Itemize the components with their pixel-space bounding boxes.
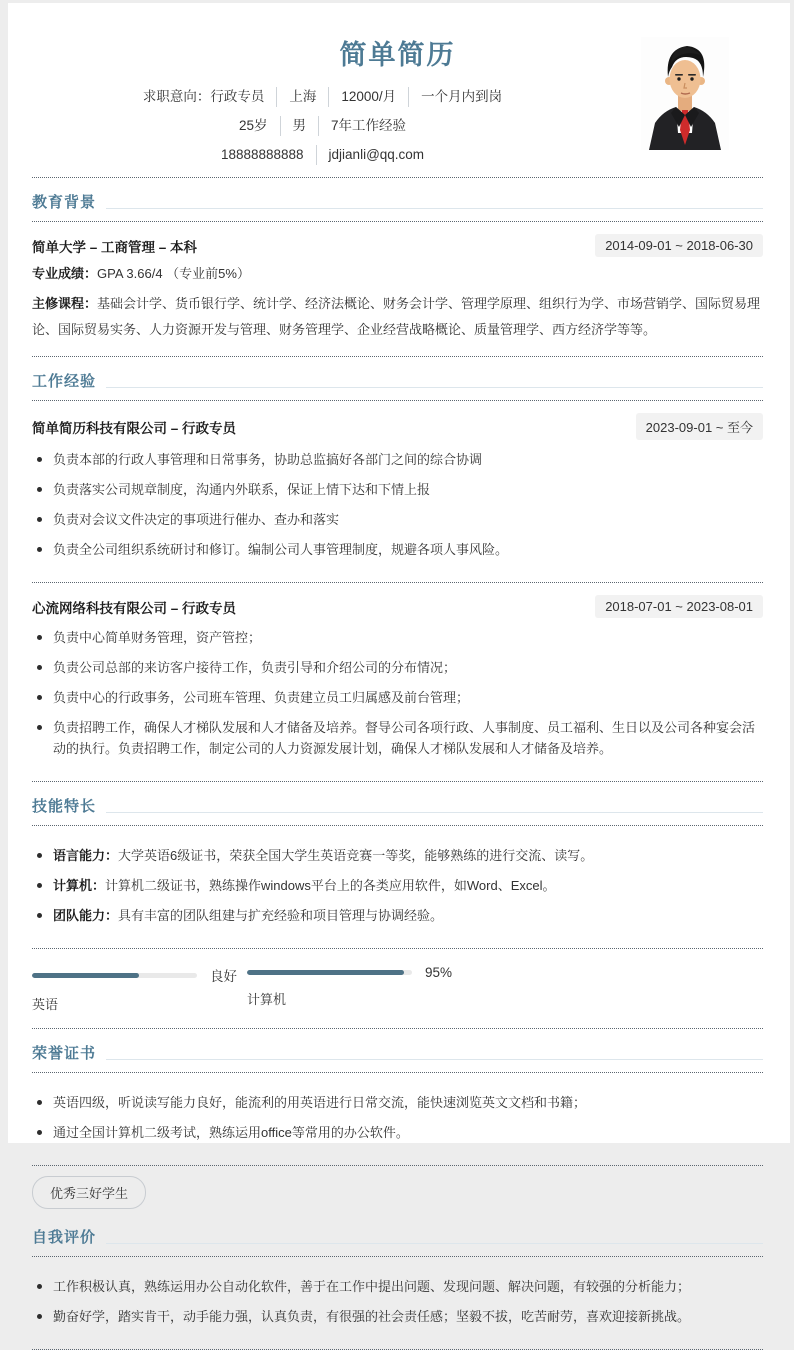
education-entry: 简单大学 – 工商管理 – 本科 2014-09-01 ~ 2018-06-30… [32, 222, 763, 357]
honors-bullets-block: 英语四级，听说读写能力良好，能流利的用英语进行日常交流，能快速浏览英文文档和书籍… [32, 1073, 763, 1123]
bullet-dot-icon [37, 457, 42, 462]
skill-bullet: 计算机：计算机二级证书，熟练操作windows平台上的各类应用软件，如Word、… [32, 875, 763, 896]
avatar-illustration [641, 37, 729, 150]
courses-line: 主修课程：基础会计学、货币银行学、统计学、经济法概论、财务会计学、管理学原理、组… [32, 291, 763, 343]
work-title: 工作经验 [32, 373, 96, 391]
bullet-text: 英语四级，听说读写能力良好，能流利的用英语进行日常交流，能快速浏览英文文档和书籍… [53, 1092, 586, 1113]
skill-label: 团队能力： [53, 908, 118, 923]
personal-line: 25岁 男 7年工作经验 [32, 116, 613, 136]
bullet-dot-icon [37, 635, 42, 640]
skill-bar-english: 良好 英语 [32, 965, 247, 1013]
work-entry-head: 心流网络科技有限公司 – 行政专员 2018-07-01 ~ 2023-08-0… [32, 595, 763, 618]
bullet-text: 负责招聘工作，确保人才梯队发展和人才储备及培养。督导公司各项行政、人事制度、员工… [53, 717, 763, 759]
age: 25岁 [227, 116, 280, 136]
bullet-dot-icon [37, 725, 42, 730]
work-entry-1: 简单简历科技有限公司 – 行政专员 2023-09-01 ~ 至今 负责本部的行… [32, 401, 763, 583]
work-bullet: 负责本部的行政人事管理和日常事务，协助总监搞好各部门之间的综合协调 [32, 449, 763, 470]
availability: 一个月内到岗 [408, 87, 514, 107]
bullet-text: 计算机：计算机二级证书，熟练操作windows平台上的各类应用软件，如Word、… [53, 875, 555, 896]
education-title: 教育背景 [32, 194, 96, 212]
skill-desc: 大学英语6级证书，荣获全国大学生英语竞赛一等奖，能够熟练的进行交流、读写。 [118, 848, 593, 863]
expected-salary: 12000/月 [328, 87, 408, 107]
progress-track [32, 973, 197, 978]
honors-title-row: 荣誉证书 [32, 1045, 763, 1072]
city: 上海 [276, 87, 328, 107]
honors-title: 荣誉证书 [32, 1045, 96, 1063]
bullet-text: 负责中心的行政事务，公司班车管理、负责建立员工归属感及前台管理； [53, 687, 469, 708]
resume-sheet: 简单简历 求职意向：行政专员 上海 12000/月 一个月内到岗 25岁 男 7… [8, 3, 790, 1123]
bullet-text: 负责中心简单财务管理，资产管控； [53, 627, 261, 648]
honor-bullet: 英语四级，听说读写能力良好，能流利的用英语进行日常交流，能快速浏览英文文档和书籍… [32, 1092, 763, 1113]
bullet-text: 负责对会议文件决定的事项进行催办、查办和落实 [53, 509, 339, 530]
profile-photo [641, 37, 729, 150]
email-address: jdjianli@qq.com [316, 145, 437, 165]
bullet-text: 语言能力：大学英语6级证书，荣获全国大学生英语竞赛一等奖，能够熟练的进行交流、读… [53, 845, 593, 866]
bullet-dot-icon [37, 547, 42, 552]
skill-label: 语言能力： [53, 848, 118, 863]
bullet-text: 负责落实公司规章制度，沟通内外联系，保证上情下达和下情上报 [53, 479, 430, 500]
education-title-row: 教育背景 [32, 194, 763, 221]
job-intent: 求职意向：行政专员 [131, 87, 277, 107]
work-title-row: 工作经验 [32, 373, 763, 400]
section-honors: 荣誉证书 英语四级，听说读写能力良好，能流利的用英语进行日常交流，能快速浏览英文… [32, 1045, 763, 1123]
bullet-dot-icon [37, 487, 42, 492]
education-entry-head: 简单大学 – 工商管理 – 本科 2014-09-01 ~ 2018-06-30 [32, 234, 763, 257]
section-education: 教育背景 简单大学 – 工商管理 – 本科 2014-09-01 ~ 2018-… [32, 194, 763, 357]
skill-bar-computer: 95% 计算机 [247, 965, 462, 1013]
company-position: 简单简历科技有限公司 – 行政专员 [32, 417, 236, 437]
skills-title: 技能特长 [32, 798, 96, 816]
bullet-dot-icon [37, 517, 42, 522]
company-position: 心流网络科技有限公司 – 行政专员 [32, 597, 236, 617]
skill-desc: 计算机二级证书，熟练操作windows平台上的各类应用软件，如Word、Exce… [105, 878, 555, 893]
education-date-badge: 2014-09-01 ~ 2018-06-30 [595, 234, 763, 257]
skill-bullet: 语言能力：大学英语6级证书，荣获全国大学生英语竞赛一等奖，能够熟练的进行交流、读… [32, 845, 763, 866]
honors-bullet-list: 英语四级，听说读写能力良好，能流利的用英语进行日常交流，能快速浏览英文文档和书籍… [32, 1092, 763, 1123]
work-date-badge: 2018-07-01 ~ 2023-08-01 [595, 595, 763, 618]
work-bullet: 负责中心简单财务管理，资产管控； [32, 627, 763, 648]
work-bullet-list: 负责本部的行政人事管理和日常事务，协助总监搞好各部门之间的综合协调 负责落实公司… [32, 449, 763, 560]
section-skills: 技能特长 语言能力：大学英语6级证书，荣获全国大学生英语竞赛一等奖，能够熟练的进… [32, 798, 763, 1029]
work-entry-head: 简单简历科技有限公司 – 行政专员 2023-09-01 ~ 至今 [32, 413, 763, 440]
skill-desc: 具有丰富的团队组建与扩充经验和项目管理与协调经验。 [118, 908, 443, 923]
school-degree: 简单大学 – 工商管理 – 本科 [32, 236, 197, 256]
bullet-dot-icon [37, 853, 42, 858]
work-bullet-list: 负责中心简单财务管理，资产管控； 负责公司总部的来访客户接待工作，负责引导和介绍… [32, 627, 763, 759]
bullet-text: 负责全公司组织系统研讨和修订。编制公司人事管理制度，规避各项人事风险。 [53, 539, 508, 560]
job-intent-line: 求职意向：行政专员 上海 12000/月 一个月内到岗 [32, 87, 613, 107]
header-info: 求职意向：行政专员 上海 12000/月 一个月内到岗 25岁 男 7年工作经验… [32, 87, 613, 165]
title-rule [106, 1059, 763, 1060]
bar-name: 英语 [32, 994, 247, 1013]
bullet-dot-icon [37, 695, 42, 700]
title-rule [106, 387, 763, 388]
skill-bars: 良好 英语 95% 计算机 [32, 959, 763, 1015]
courses-value: 基础会计学、货币银行学、统计学、经济法概论、财务会计学、管理学原理、组织行为学、… [32, 296, 760, 337]
skill-label: 计算机： [53, 878, 105, 893]
work-bullet: 负责中心的行政事务，公司班车管理、负责建立员工归属感及前台管理； [32, 687, 763, 708]
resume-header: 简单简历 求职意向：行政专员 上海 12000/月 一个月内到岗 25岁 男 7… [32, 33, 763, 178]
work-bullet: 负责全公司组织系统研讨和修订。编制公司人事管理制度，规避各项人事风险。 [32, 539, 763, 560]
courses-label: 主修课程： [32, 296, 97, 311]
gpa-value: GPA 3.66/4 （专业前5%） [97, 266, 250, 281]
bullet-dot-icon [37, 913, 42, 918]
bar-value-label: 95% [425, 965, 452, 980]
progress-fill [247, 970, 404, 975]
gpa-line: 专业成绩：GPA 3.66/4 （专业前5%） [32, 261, 763, 287]
work-entry-2: 心流网络科技有限公司 – 行政专员 2018-07-01 ~ 2023-08-0… [32, 583, 763, 782]
work-bullet: 负责对会议文件决定的事项进行催办、查办和落实 [32, 509, 763, 530]
bullet-text: 负责公司总部的来访客户接待工作，负责引导和介绍公司的分布情况； [53, 657, 456, 678]
phone-number: 18888888888 [209, 145, 316, 165]
bullet-dot-icon [37, 1100, 42, 1105]
bullet-text: 团队能力：具有丰富的团队组建与扩充经验和项目管理与协调经验。 [53, 905, 443, 926]
progress-fill [32, 973, 139, 978]
progress-track [247, 970, 412, 975]
title-rule [106, 812, 763, 813]
work-bullet: 负责公司总部的来访客户接待工作，负责引导和介绍公司的分布情况； [32, 657, 763, 678]
skill-bullet: 团队能力：具有丰富的团队组建与扩充经验和项目管理与协调经验。 [32, 905, 763, 926]
work-date-badge: 2023-09-01 ~ 至今 [636, 413, 763, 440]
bullet-dot-icon [37, 883, 42, 888]
skills-bullet-list: 语言能力：大学英语6级证书，荣获全国大学生英语竞赛一等奖，能够熟练的进行交流、读… [32, 845, 763, 926]
bar-row: 95% [247, 965, 462, 980]
gender: 男 [280, 116, 319, 136]
skill-bars-block: 良好 英语 95% 计算机 [32, 949, 763, 1029]
skills-bullets-block: 语言能力：大学英语6级证书，荣获全国大学生英语竞赛一等奖，能够熟练的进行交流、读… [32, 826, 763, 949]
bullet-text: 负责本部的行政人事管理和日常事务，协助总监搞好各部门之间的综合协调 [53, 449, 482, 470]
bar-name: 计算机 [247, 989, 462, 1008]
work-bullet: 负责招聘工作，确保人才梯队发展和人才储备及培养。督导公司各项行政、人事制度、员工… [32, 717, 763, 759]
skills-title-row: 技能特长 [32, 798, 763, 825]
section-work: 工作经验 简单简历科技有限公司 – 行政专员 2023-09-01 ~ 至今 负… [32, 373, 763, 782]
bar-value-label: 良好 [210, 965, 237, 985]
bullet-dot-icon [37, 665, 42, 670]
contact-line: 18888888888 jdjianli@qq.com [32, 145, 613, 165]
gpa-label: 专业成绩： [32, 266, 97, 281]
bar-row: 良好 [32, 965, 247, 985]
experience-years: 7年工作经验 [318, 116, 418, 136]
title-rule [106, 208, 763, 209]
work-bullet: 负责落实公司规章制度，沟通内外联系，保证上情下达和下情上报 [32, 479, 763, 500]
